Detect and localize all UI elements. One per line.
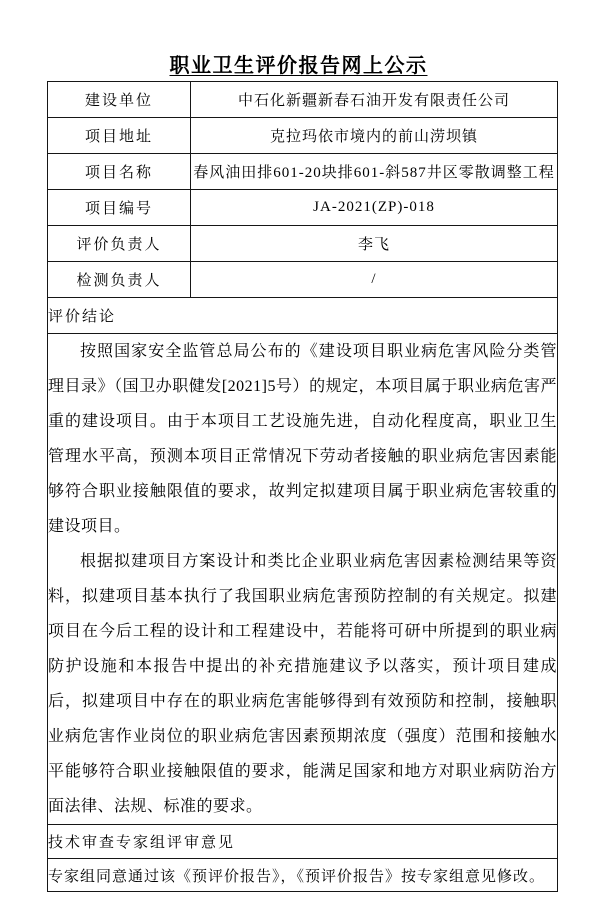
page-title: 职业卫生评价报告网上公示: [0, 49, 597, 78]
info-value: 中石化新疆新春石油开发有限责任公司: [191, 82, 558, 118]
review-header: 技术审查专家组评审意见: [48, 825, 558, 859]
info-value: 李飞: [191, 226, 558, 262]
table-row-testing-leader: 检测负责人 /: [48, 262, 558, 298]
page-title-text: 职业卫生评价报告网上公示: [170, 55, 428, 77]
info-label: 项目名称: [48, 154, 191, 190]
table-row-project-address: 项目地址 克拉玛依市境内的前山涝坝镇: [48, 118, 558, 154]
info-label: 评价负责人: [48, 226, 191, 262]
conclusion-paragraph-1: 按照国家安全监管总局公布的《建设项目职业病危害风险分类管理目录》（国卫办职健发[…: [48, 334, 557, 544]
info-label: 项目编号: [48, 190, 191, 226]
table-row-construction-unit: 建设单位 中石化新疆新春石油开发有限责任公司: [48, 82, 558, 118]
info-value: 春风油田排601-20块排601-斜587井区零散调整工程: [191, 154, 558, 190]
conclusion-body: 按照国家安全监管总局公布的《建设项目职业病危害风险分类管理目录》（国卫办职健发[…: [48, 334, 558, 825]
table-row-evaluation-leader: 评价负责人 李飞: [48, 226, 558, 262]
table-row-conclusion-header: 评价结论: [48, 298, 558, 334]
info-label: 项目地址: [48, 118, 191, 154]
table-row-project-name: 项目名称 春风油田排601-20块排601-斜587井区零散调整工程: [48, 154, 558, 190]
table-row-conclusion-body: 按照国家安全监管总局公布的《建设项目职业病危害风险分类管理目录》（国卫办职健发[…: [48, 334, 558, 825]
document-page: 职业卫生评价报告网上公示 建设单位 中石化新疆新春石油开发有限责任公司 项目地址…: [0, 0, 597, 902]
info-label: 建设单位: [48, 82, 191, 118]
conclusion-header: 评价结论: [48, 298, 558, 334]
table-row-project-number: 项目编号 JA-2021(ZP)-018: [48, 190, 558, 226]
info-label: 检测负责人: [48, 262, 191, 298]
publicity-table: 建设单位 中石化新疆新春石油开发有限责任公司 项目地址 克拉玛依市境内的前山涝坝…: [47, 81, 558, 892]
conclusion-paragraph-2: 根据拟建项目方案设计和类比企业职业病危害因素检测结果等资料，拟建项目基本执行了我…: [48, 544, 557, 824]
info-value: 克拉玛依市境内的前山涝坝镇: [191, 118, 558, 154]
info-value: /: [191, 262, 558, 298]
table-row-review-content: 专家组同意通过该《预评价报告》，《预评价报告》按专家组意见修改。: [48, 859, 558, 892]
review-content: 专家组同意通过该《预评价报告》，《预评价报告》按专家组意见修改。: [48, 859, 558, 892]
info-value: JA-2021(ZP)-018: [191, 190, 558, 226]
table-row-review-header: 技术审查专家组评审意见: [48, 825, 558, 859]
